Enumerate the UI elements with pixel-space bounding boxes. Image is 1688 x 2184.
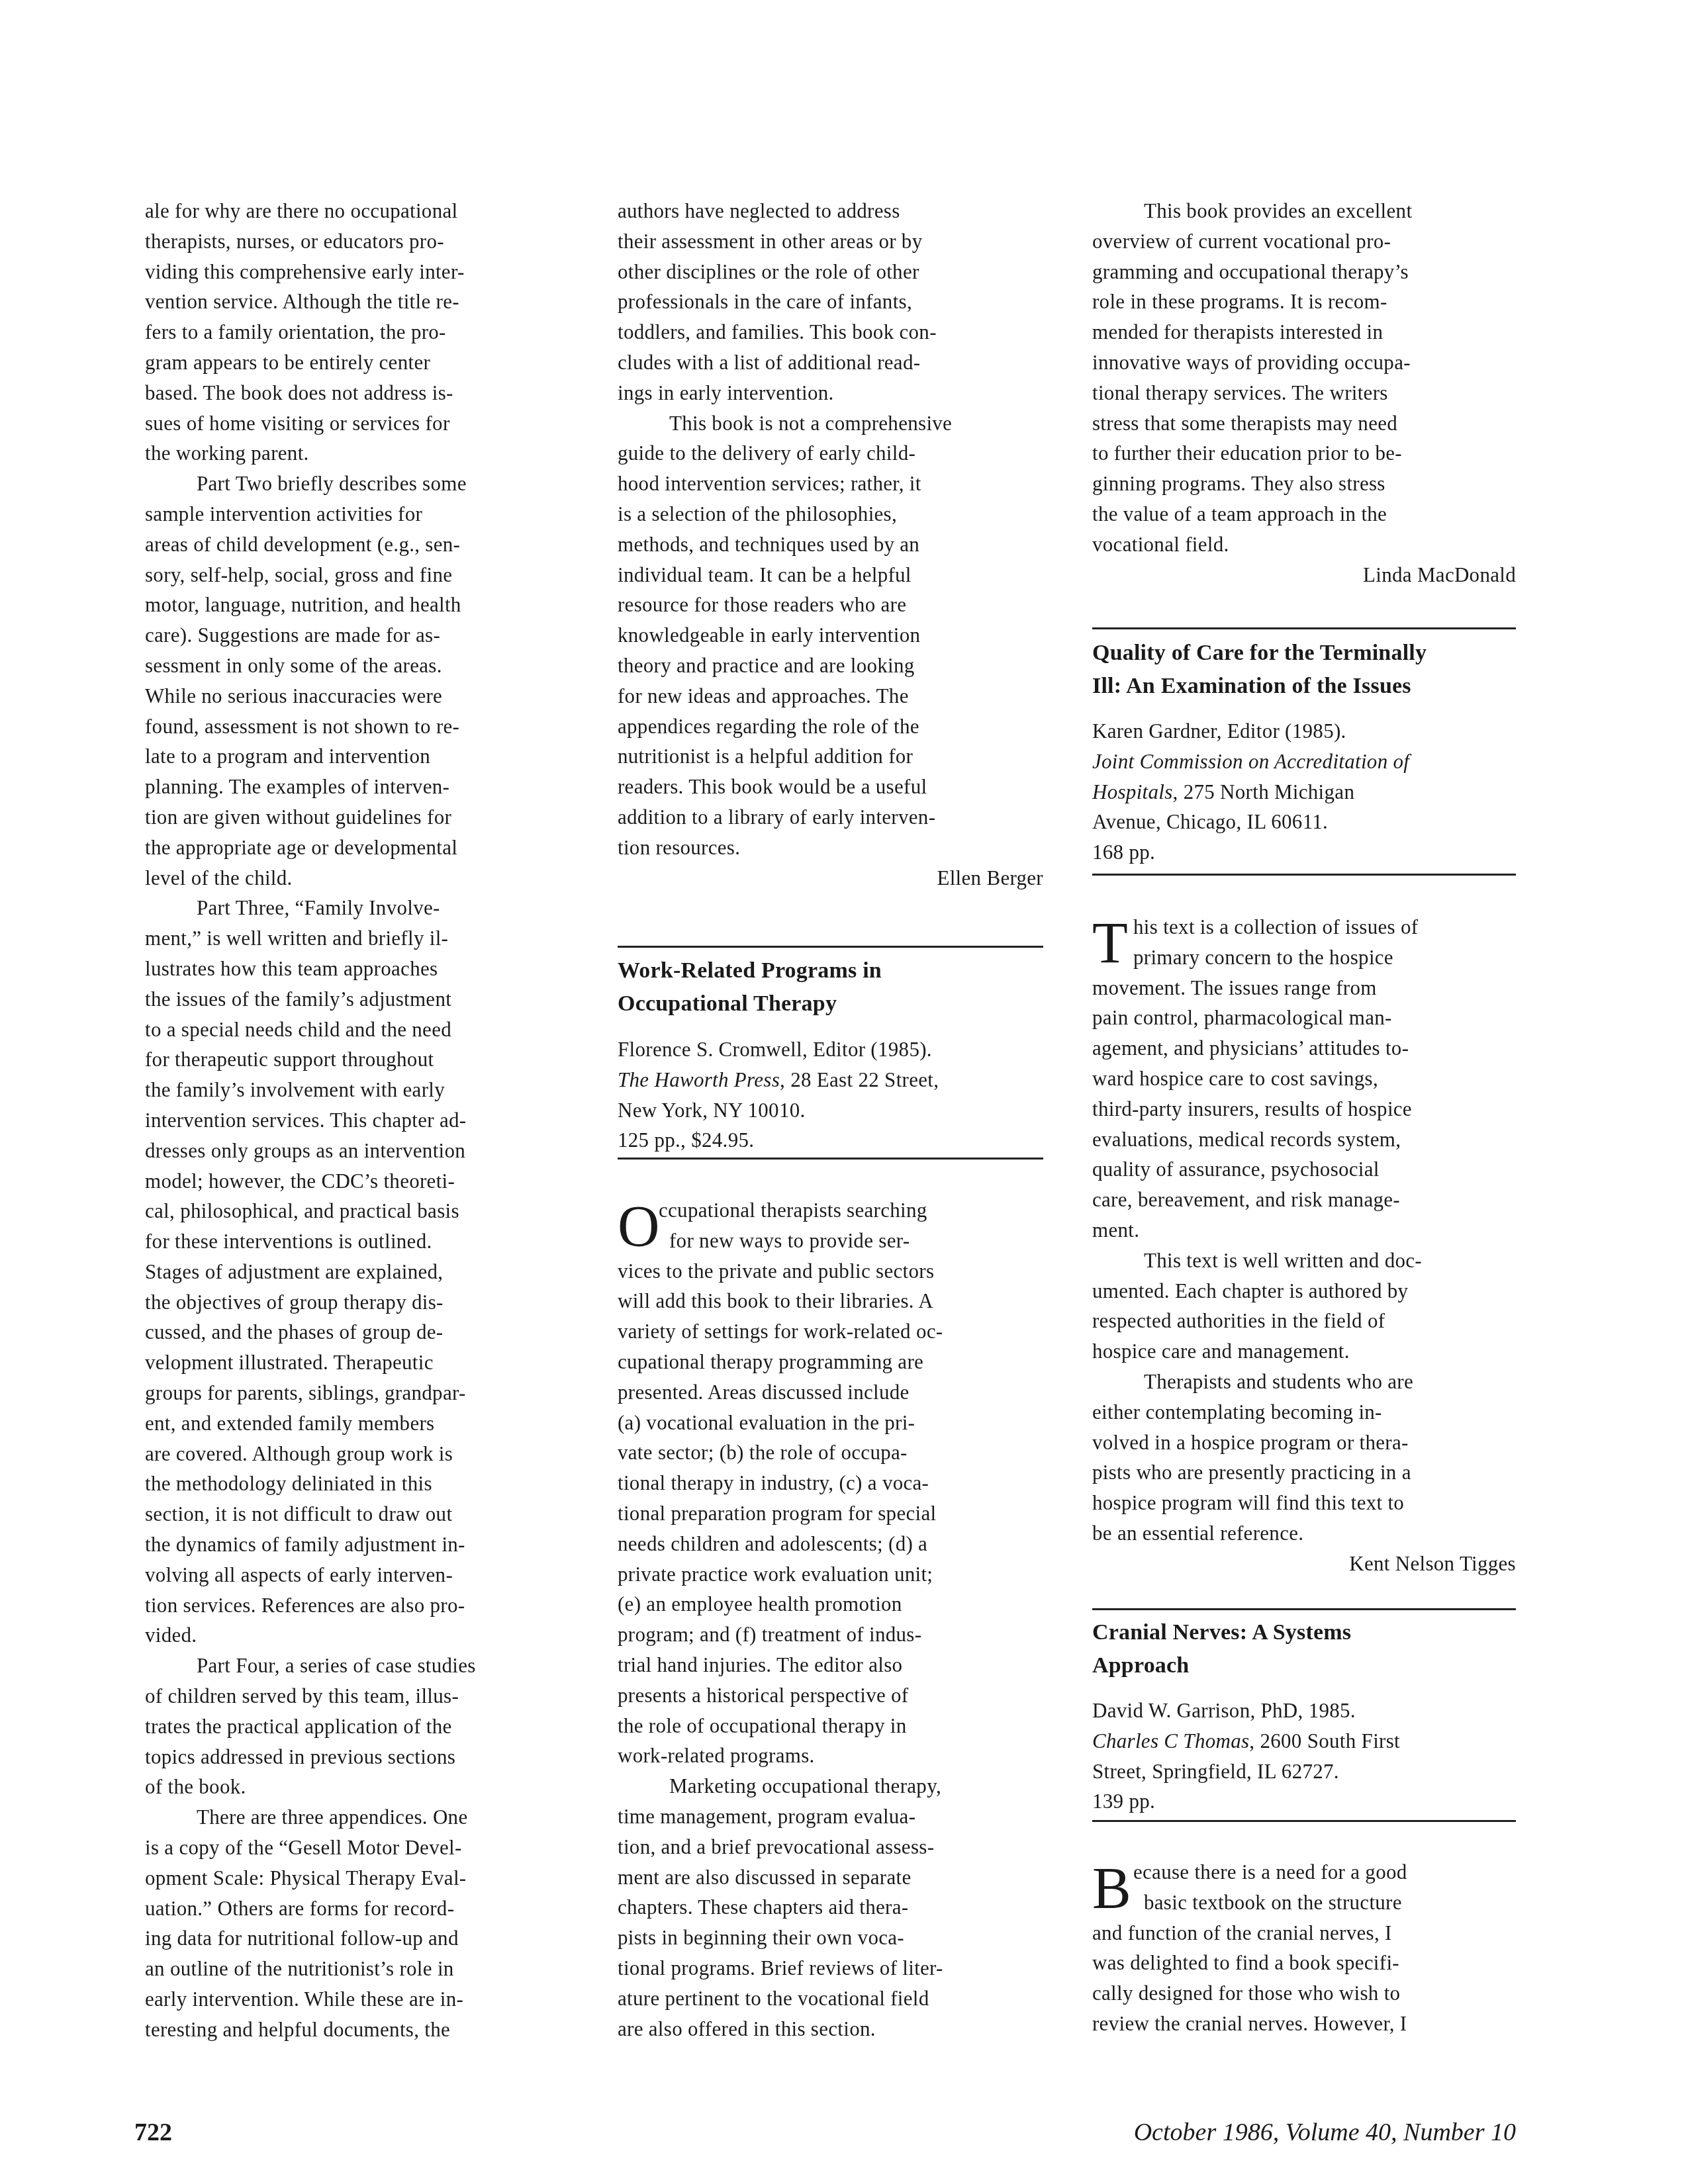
text-line: tional programs. Brief reviews of liter- — [618, 1953, 1043, 1983]
text-line: trates the practical application of the — [145, 1711, 579, 1742]
text-line: late to a program and intervention — [145, 741, 579, 772]
text-line: are covered. Although group work is — [145, 1439, 579, 1469]
text-line: ent, and extended family members — [145, 1408, 579, 1439]
text-line: ment are also discussed in separate — [618, 1862, 1043, 1893]
text-line: cupational therapy programming are — [618, 1347, 1043, 1377]
text-line: and function of the cranial nerves, I — [1092, 1918, 1516, 1948]
text-line: presents a historical perspective of — [618, 1680, 1043, 1711]
text-line: are also offered in this section. — [618, 2014, 1043, 2044]
text-line: professionals in the care of infants, — [618, 287, 1043, 317]
text-line: (e) an employee health promotion — [618, 1589, 1043, 1619]
text-line: cally designed for those who wish to — [1092, 1978, 1516, 2009]
text-line: authors have neglected to address — [618, 196, 1043, 226]
book-citation: Florence S. Cromwell, Editor (1985). The… — [618, 1034, 1043, 1156]
text-line: Therapists and students who are — [1092, 1367, 1516, 1397]
text-line: tion services. References are also pro- — [145, 1590, 579, 1621]
text-line: program; and (f) treatment of indus- — [618, 1619, 1043, 1650]
text-line: appendices regarding the role of the — [618, 711, 1043, 742]
text-line: ale for why are there no occupational — [145, 196, 579, 226]
review-body: O ccupational therapists searching for n… — [618, 1195, 1043, 2044]
text-line: tion are given without guidelines for — [145, 802, 579, 833]
text-line: lustrates how this team approaches — [145, 954, 579, 984]
text-line: While no serious inaccuracies were — [145, 681, 579, 711]
text-line: velopment illustrated. Therapeutic — [145, 1347, 579, 1378]
text-line: This text is well written and doc- — [1092, 1246, 1516, 1276]
review-body-continued: ale for why are there no occupationalthe… — [145, 196, 579, 2045]
text-line: vocational field. — [1092, 529, 1516, 560]
text-line: tion resources. — [618, 833, 1043, 863]
text-line: for these interventions is outlined. — [145, 1226, 579, 1257]
text-line: pists in beginning their own voca- — [618, 1923, 1043, 1953]
text-line: found, assessment is not shown to re- — [145, 711, 579, 742]
text-line: There are three appendices. One — [145, 1802, 579, 1833]
text-line: readers. This book would be a useful — [618, 772, 1043, 802]
drop-cap: O — [618, 1198, 660, 1256]
text-line: overview of current vocational pro- — [1092, 226, 1516, 257]
text-line: based. The book does not address is- — [145, 378, 579, 408]
text-line: addition to a library of early interven- — [618, 802, 1043, 833]
text-line: private practice work evaluation unit; — [618, 1559, 1043, 1590]
text-line: level of the child. — [145, 863, 579, 893]
text-line: umented. Each chapter is authored by — [1092, 1276, 1516, 1306]
text-line: the role of occupational therapy in — [618, 1711, 1043, 1741]
text-line: other disciplines or the role of other — [618, 257, 1043, 287]
text-line: the dynamics of family adjustment in- — [145, 1529, 579, 1560]
text-line: areas of child development (e.g., sen- — [145, 529, 579, 560]
citation-divider — [1092, 874, 1516, 876]
text-line: the objectives of group therapy dis- — [145, 1287, 579, 1318]
text-line: sample intervention activities for — [145, 499, 579, 529]
text-line: time management, program evalua- — [618, 1801, 1043, 1832]
publisher-name: Joint Commission on Accreditation of — [1092, 747, 1516, 777]
text-line: chapters. These chapters aid thera- — [618, 1892, 1043, 1923]
text-line: for new ideas and approaches. The — [618, 681, 1043, 711]
review-body-end: authors have neglected to addresstheir a… — [618, 196, 1043, 863]
text-line: ginning programs. They also stress — [1092, 469, 1516, 499]
text-line: the value of a team approach in the — [1092, 499, 1516, 529]
text-line: vention service. Although the title re- — [145, 287, 579, 317]
text-line: mended for therapists interested in — [1092, 317, 1516, 347]
text-line: the issues of the family’s adjustment — [145, 984, 579, 1015]
text-line: ing data for nutritional follow-up and — [145, 1923, 579, 1954]
text-line: uation.” Others are forms for record- — [145, 1893, 579, 1924]
text-line: evaluations, medical records system, — [1092, 1124, 1516, 1155]
reviewer-name: Linda MacDonald — [1092, 560, 1516, 590]
text-line: tional preparation program for special — [618, 1498, 1043, 1529]
text-line: ment,” is well written and briefly il- — [145, 923, 579, 954]
text-line: needs children and adolescents; (d) a — [618, 1529, 1043, 1559]
text-line: the methodology deliniated in this — [145, 1469, 579, 1499]
section-divider — [1092, 1608, 1516, 1610]
text-line: viding this comprehensive early inter- — [145, 257, 579, 287]
text-line: their assessment in other areas or by — [618, 226, 1043, 257]
review-title: Cranial Nerves: A Systems Approach — [1092, 1616, 1516, 1682]
text-line: hospice program will find this text to — [1092, 1488, 1516, 1518]
text-line: Part Four, a series of case studies — [145, 1651, 579, 1681]
text-line: intervention services. This chapter ad- — [145, 1105, 579, 1136]
section-divider — [1092, 627, 1516, 629]
drop-cap: T — [1092, 915, 1128, 973]
section-divider — [618, 946, 1043, 948]
text-line: Stages of adjustment are explained, — [145, 1257, 579, 1287]
text-line: the appropriate age or developmental — [145, 833, 579, 863]
review-title: Quality of Care for the Terminally Ill: … — [1092, 637, 1516, 703]
page-number: 722 — [134, 2118, 172, 2147]
text-line: presented. Areas discussed include — [618, 1377, 1043, 1408]
text-line: work-related programs. — [618, 1741, 1043, 1771]
text-line: ings in early intervention. — [618, 378, 1043, 408]
text-line: fers to a family orientation, the pro- — [145, 317, 579, 347]
text-line: opment Scale: Physical Therapy Eval- — [145, 1863, 579, 1893]
text-line: resource for those readers who are — [618, 590, 1043, 620]
text-line: vided. — [145, 1620, 579, 1651]
text-line: nutritionist is a helpful addition for — [618, 741, 1043, 772]
text-line: early intervention. While these are in- — [145, 1984, 579, 2015]
text-line: methods, and techniques used by an — [618, 529, 1043, 560]
text-line: will add this book to their libraries. A — [618, 1286, 1043, 1316]
citation-divider — [618, 1158, 1043, 1160]
text-line: care). Suggestions are made for as- — [145, 620, 579, 651]
review-body: B ecause there is a need for a good basi… — [1092, 1857, 1516, 2039]
review-body-end: This book provides an excellentoverview … — [1092, 196, 1516, 560]
text-line: sory, self-help, social, gross and fine — [145, 560, 579, 590]
text-line: theory and practice and are looking — [618, 651, 1043, 681]
book-citation: Karen Gardner, Editor (1985). Joint Comm… — [1092, 716, 1516, 868]
text-line: individual team. It can be a helpful — [618, 560, 1043, 590]
text-line: role in these programs. It is recom- — [1092, 287, 1516, 317]
text-line: vate sector; (b) the role of occupa- — [618, 1437, 1043, 1468]
book-citation: David W. Garrison, PhD, 1985. Charles C … — [1092, 1696, 1516, 1817]
review-title: Work-Related Programs in Occupational Th… — [618, 954, 1043, 1021]
text-line: either contemplating becoming in- — [1092, 1397, 1516, 1428]
review-body: T his text is a collection of issues of … — [1092, 912, 1516, 1579]
text-line: ature pertinent to the vocational field — [618, 1983, 1043, 2014]
text-line: ment. — [1092, 1215, 1516, 1246]
text-line: This book provides an excellent — [1092, 196, 1516, 226]
text-line: hood intervention services; rather, it — [618, 469, 1043, 499]
publisher-name: Charles C Thomas — [1092, 1729, 1249, 1752]
reviewer-name: Kent Nelson Tigges — [1092, 1549, 1516, 1579]
text-line: to further their education prior to be- — [1092, 438, 1516, 469]
text-line: gramming and occupational therapy’s — [1092, 257, 1516, 287]
text-line: motor, language, nutrition, and health — [145, 590, 579, 620]
text-line: agement, and physicians’ attitudes to- — [1092, 1033, 1516, 1064]
text-line: respected authorities in the field of — [1092, 1306, 1516, 1336]
text-line: an outline of the nutritionist’s role in — [145, 1954, 579, 1984]
text-line: guide to the delivery of early child- — [618, 438, 1043, 469]
text-line: was delighted to find a book specifi- — [1092, 1948, 1516, 1978]
text-line: groups for parents, siblings, grandpar- — [145, 1378, 579, 1408]
text-line: for therapeutic support throughout — [145, 1044, 579, 1075]
text-line: Part Three, “Family Involve- — [145, 893, 579, 923]
text-line: innovative ways of providing occupa- — [1092, 347, 1516, 378]
text-line: dresses only groups as an intervention — [145, 1136, 579, 1166]
publisher-name: The Haworth Press — [618, 1068, 780, 1091]
text-line: tional therapy services. The writers — [1092, 378, 1516, 408]
text-line: volved in a hospice program or thera- — [1092, 1428, 1516, 1458]
text-line: Part Two briefly describes some — [145, 469, 579, 499]
text-line: pists who are presently practicing in a — [1092, 1457, 1516, 1488]
text-line: sues of home visiting or services for — [145, 408, 579, 439]
text-line: This book is not a comprehensive — [618, 408, 1043, 439]
text-line: (a) vocational evaluation in the pri- — [618, 1408, 1043, 1438]
text-line: tion, and a brief prevocational assess- — [618, 1832, 1043, 1862]
text-line: toddlers, and families. This book con- — [618, 317, 1043, 347]
text-line: to a special needs child and the need — [145, 1015, 579, 1045]
text-line: ward hospice care to cost savings, — [1092, 1064, 1516, 1094]
text-line: review the cranial nerves. However, I — [1092, 2009, 1516, 2039]
text-line: the family’s involvement with early — [145, 1075, 579, 1105]
text-line: is a selection of the philosophies, — [618, 499, 1043, 529]
text-line: tional therapy in industry, (c) a voca- — [618, 1468, 1043, 1498]
text-line: is a copy of the “Gesell Motor Devel- — [145, 1833, 579, 1863]
text-line: Marketing occupational therapy, — [618, 1771, 1043, 1801]
text-line: pain control, pharmacological man- — [1092, 1003, 1516, 1033]
text-line: of children served by this team, illus- — [145, 1681, 579, 1711]
text-line: stress that some therapists may need — [1092, 408, 1516, 439]
text-line: model; however, the CDC’s theoreti- — [145, 1166, 579, 1197]
text-line: trial hand injuries. The editor also — [618, 1650, 1043, 1680]
text-line: topics addressed in previous sections — [145, 1742, 579, 1772]
text-line: variety of settings for work-related oc- — [618, 1316, 1043, 1347]
text-line: section, it is not difficult to draw out — [145, 1499, 579, 1529]
text-line: movement. The issues range from — [1092, 973, 1516, 1003]
reviewer-name: Ellen Berger — [618, 863, 1043, 893]
text-line: the working parent. — [145, 438, 579, 469]
text-line: quality of assurance, psychosocial — [1092, 1154, 1516, 1185]
issue-info: October 1986, Volume 40, Number 10 — [1134, 2118, 1516, 2147]
text-line: sessment in only some of the areas. — [145, 651, 579, 681]
text-line: knowledgeable in early intervention — [618, 620, 1043, 651]
text-line: cludes with a list of additional read- — [618, 347, 1043, 378]
text-line: care, bereavement, and risk manage- — [1092, 1185, 1516, 1215]
text-line: vices to the private and public sectors — [618, 1256, 1043, 1287]
text-line: of the book. — [145, 1772, 579, 1802]
text-line: therapists, nurses, or educators pro- — [145, 226, 579, 257]
text-line: hospice care and management. — [1092, 1336, 1516, 1367]
text-line: cal, philosophical, and practical basis — [145, 1196, 579, 1226]
citation-divider — [1092, 1820, 1516, 1822]
text-line: third-party insurers, results of hospice — [1092, 1094, 1516, 1124]
text-line: volving all aspects of early interven- — [145, 1560, 579, 1590]
text-line: cussed, and the phases of group de- — [145, 1317, 579, 1347]
text-line: be an essential reference. — [1092, 1518, 1516, 1549]
drop-cap: B — [1092, 1860, 1131, 1918]
text-line: teresting and helpful documents, the — [145, 2015, 579, 2045]
text-line: gram appears to be entirely center — [145, 347, 579, 378]
text-line: planning. The examples of interven- — [145, 772, 579, 802]
